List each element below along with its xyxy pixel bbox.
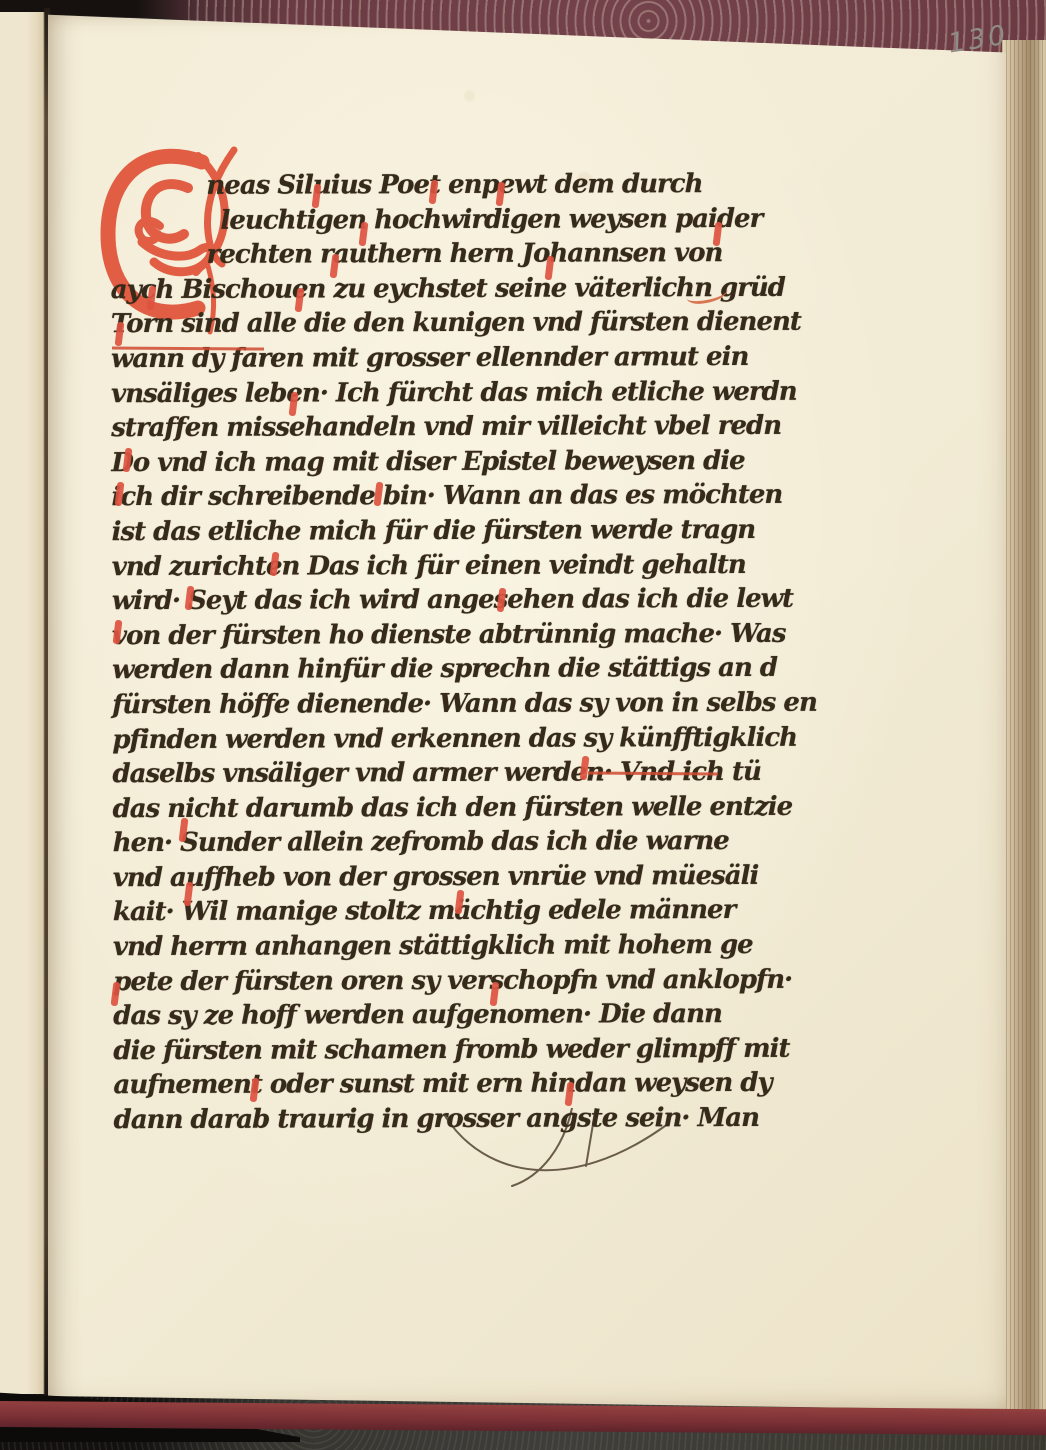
text-line: aufnement oder sunst mit ern hindan weys… <box>113 1066 763 1103</box>
book-fore-edge-pages <box>1002 40 1046 1432</box>
text-line: vnsäliges leben· Ich fürcht das mich etl… <box>111 374 761 411</box>
text-line: Do vnd ich mag mit diser Epistel beweyse… <box>111 444 761 481</box>
text-line: kait· Wil manige stoltz mächtig edele mä… <box>113 893 763 930</box>
facing-page-edge <box>0 12 47 1394</box>
text-line: vnd zurichten Das ich für einen veindt g… <box>112 547 762 584</box>
text-line: das sy ze hoff werden aufgenomen· Die da… <box>113 997 763 1034</box>
text-block: neas Siluius Poet enpewt dem durchleucht… <box>110 167 763 1138</box>
text-line: vnd auffheb von der grossen vnrüe vnd mü… <box>113 859 763 896</box>
text-line: pfinden werden vnd erkennen das sy künff… <box>112 720 762 757</box>
text-line: Torn sind alle die den kunigen vnd fürst… <box>111 305 761 342</box>
text-line: von der fürsten ho dienste abtrünnig mac… <box>112 617 762 654</box>
text-line: ich dir schreibende bin· Wann an das es … <box>111 478 761 515</box>
text-line: aych Bischouen zu eychstet seine väterli… <box>111 271 761 308</box>
text-line: hen· Sunder allein zefromb das ich die w… <box>113 824 763 861</box>
text-line: pete der fürsten oren sy verschopfn vnd … <box>113 963 763 1000</box>
text-line: rechten rauthern hern Johannsen von <box>111 236 761 273</box>
text-line: die fürsten mit schamen fromb weder glim… <box>113 1032 763 1069</box>
manuscript-photo: 130 neas Siluius Poet enpewt dem durchle… <box>0 0 1046 1450</box>
text-line: vnd herrn anhangen stättigklich mit hohe… <box>113 928 763 965</box>
text-line: fürsten höffe dienende· Wann das sy von … <box>112 686 762 723</box>
text-line: wann dy faren mit grosser ellennder armu… <box>111 340 761 377</box>
text-line: wird· Seyt das ich wird angesehen das ic… <box>112 582 762 619</box>
text-line: das nicht darumb das ich den fürsten wel… <box>112 790 762 827</box>
text-line: leuchtigen hochwirdigen weysen paider <box>110 201 760 238</box>
text-line: werden dann hinfür die sprechn die stätt… <box>112 651 762 688</box>
text-line: ist das etliche mich für die fürsten wer… <box>112 513 762 550</box>
text-line: straffen missehandeln vnd mir villeicht … <box>111 409 761 446</box>
pen-flourish <box>420 1108 690 1203</box>
